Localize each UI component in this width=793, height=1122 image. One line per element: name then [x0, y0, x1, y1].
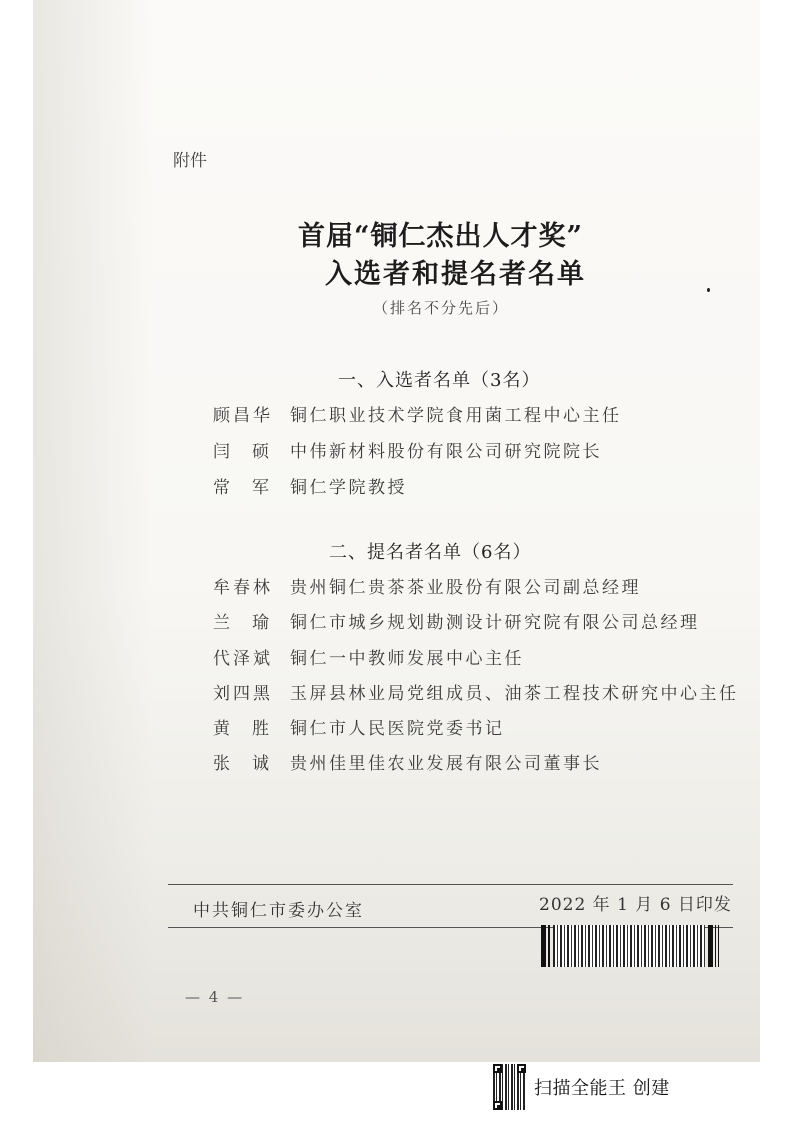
section-heading-nominated: 二、提名者名单（6名）	[329, 538, 531, 564]
document-subtitle: （排名不分先后）	[373, 297, 509, 318]
person-position: 贵州铜仁贵茶茶业股份有限公司副总经理	[290, 578, 641, 598]
scan-speck	[707, 288, 710, 292]
person-position: 铜仁职业技术学院食用菌工程中心主任	[290, 406, 622, 426]
list-item: 代泽斌铜仁一中教师发展中心主任	[213, 644, 524, 669]
attachment-label: 附件	[173, 146, 207, 171]
person-name: 顾昌华	[213, 401, 290, 426]
section-heading-selected: 一、入选者名单（3名）	[338, 366, 540, 392]
list-item: 刘四黑玉屏县林业局党组成员、油茶工程技术研究中心主任	[213, 679, 739, 704]
list-item: 兰瑜铜仁市城乡规划勘测设计研究院有限公司总经理	[213, 608, 700, 633]
list-item: 常军铜仁学院教授	[213, 473, 407, 498]
person-name: 牟春林	[213, 573, 290, 598]
document-title-line-2: 入选者和提名者名单	[325, 252, 586, 291]
person-position: 贵州佳里佳农业发展有限公司董事长	[290, 754, 602, 774]
person-position: 铜仁市城乡规划勘测设计研究院有限公司总经理	[290, 613, 700, 633]
person-name: 黄胜	[213, 714, 290, 739]
person-name: 闫硕	[213, 437, 290, 462]
person-name: 刘四黑	[213, 679, 290, 704]
issuer: 中共铜仁市委办公室	[193, 896, 364, 921]
person-name: 张诚	[213, 749, 290, 774]
barcode-icon	[541, 925, 719, 967]
watermark-text: 扫描全能王 创建	[534, 1074, 670, 1100]
person-name: 代泽斌	[213, 644, 290, 669]
person-position: 中伟新材料股份有限公司研究院院长	[290, 442, 602, 462]
scanned-page: 附件 首届“铜仁杰出人才奖” 入选者和提名者名单 （排名不分先后） 一、入选者名…	[33, 0, 760, 1062]
scanner-watermark: 扫描全能王 创建	[493, 1064, 670, 1110]
qr-code-icon	[493, 1064, 526, 1110]
list-item: 张诚贵州佳里佳农业发展有限公司董事长	[213, 749, 602, 774]
person-position: 铜仁一中教师发展中心主任	[290, 649, 524, 669]
person-position: 铜仁市人民医院党委书记	[290, 719, 505, 739]
list-item: 牟春林贵州铜仁贵茶茶业股份有限公司副总经理	[213, 573, 641, 598]
person-name: 兰瑜	[213, 608, 290, 633]
list-item: 顾昌华铜仁职业技术学院食用菌工程中心主任	[213, 401, 622, 426]
person-position: 铜仁学院教授	[290, 478, 407, 498]
person-position: 玉屏县林业局党组成员、油茶工程技术研究中心主任	[290, 684, 739, 704]
issue-date: 2022 年 1 月 6 日印发	[539, 890, 732, 915]
list-item: 黄胜铜仁市人民医院党委书记	[213, 714, 505, 739]
person-name: 常军	[213, 473, 290, 498]
footer-rule-top	[168, 884, 733, 885]
list-item: 闫硕中伟新材料股份有限公司研究院院长	[213, 437, 602, 462]
page-number: — 4 —	[185, 988, 244, 1006]
document-title-line-1: 首届“铜仁杰出人才奖”	[298, 214, 583, 253]
